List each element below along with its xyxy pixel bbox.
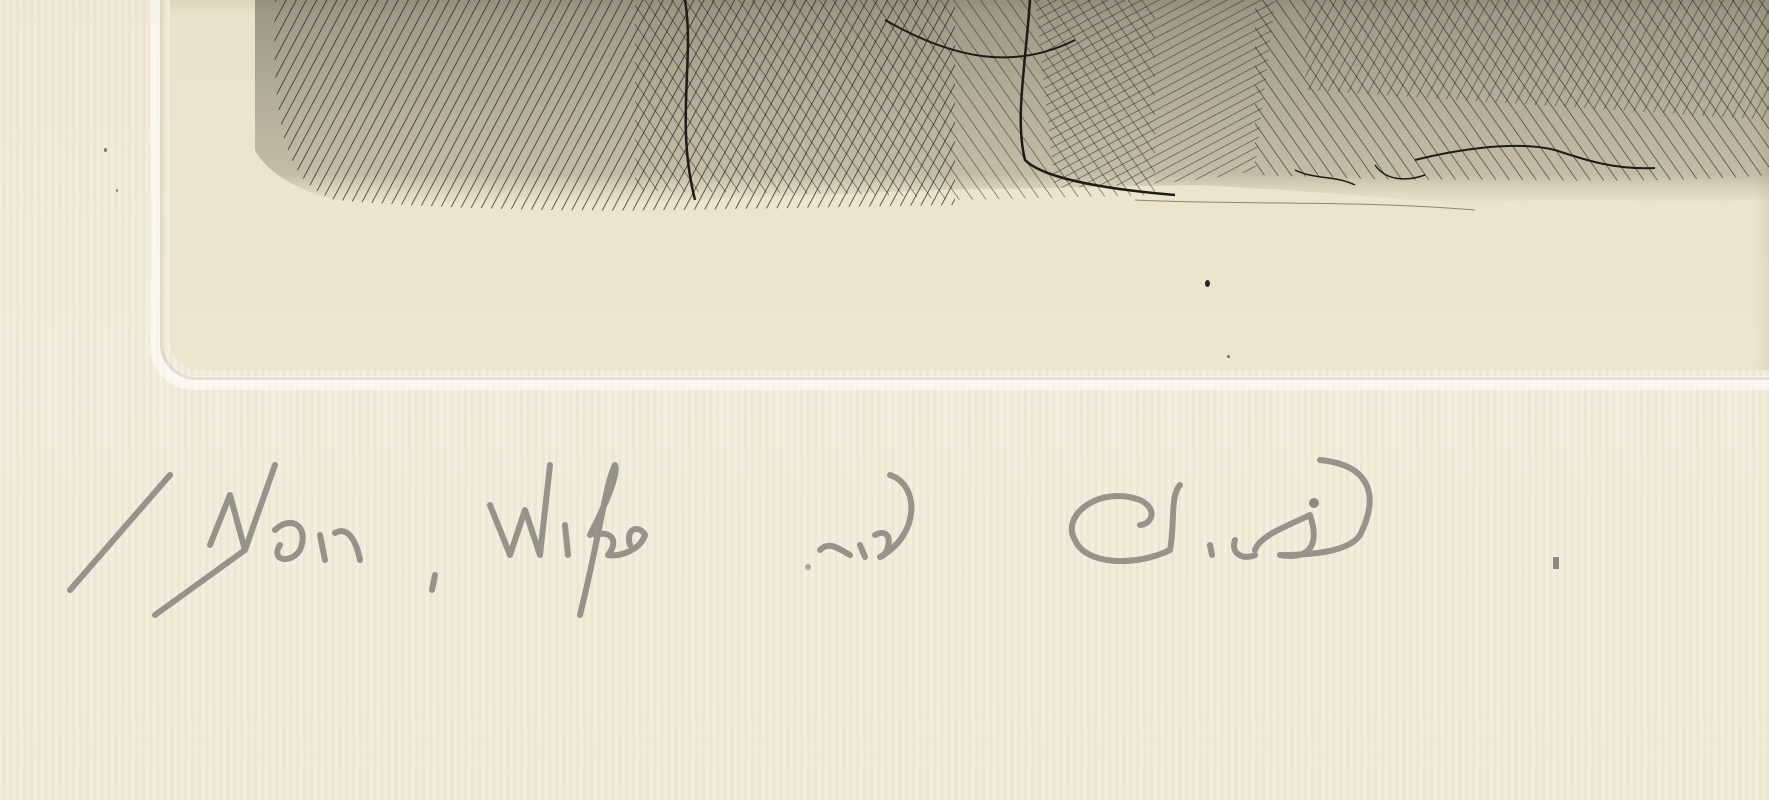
paper-speck: [104, 148, 107, 152]
paper-speck: [1205, 280, 1210, 287]
etched-crosshatching: [255, 0, 1769, 215]
paper-speck: [1227, 355, 1230, 358]
paper-speck: [116, 189, 118, 192]
pencil-inscription: [60, 455, 1760, 715]
